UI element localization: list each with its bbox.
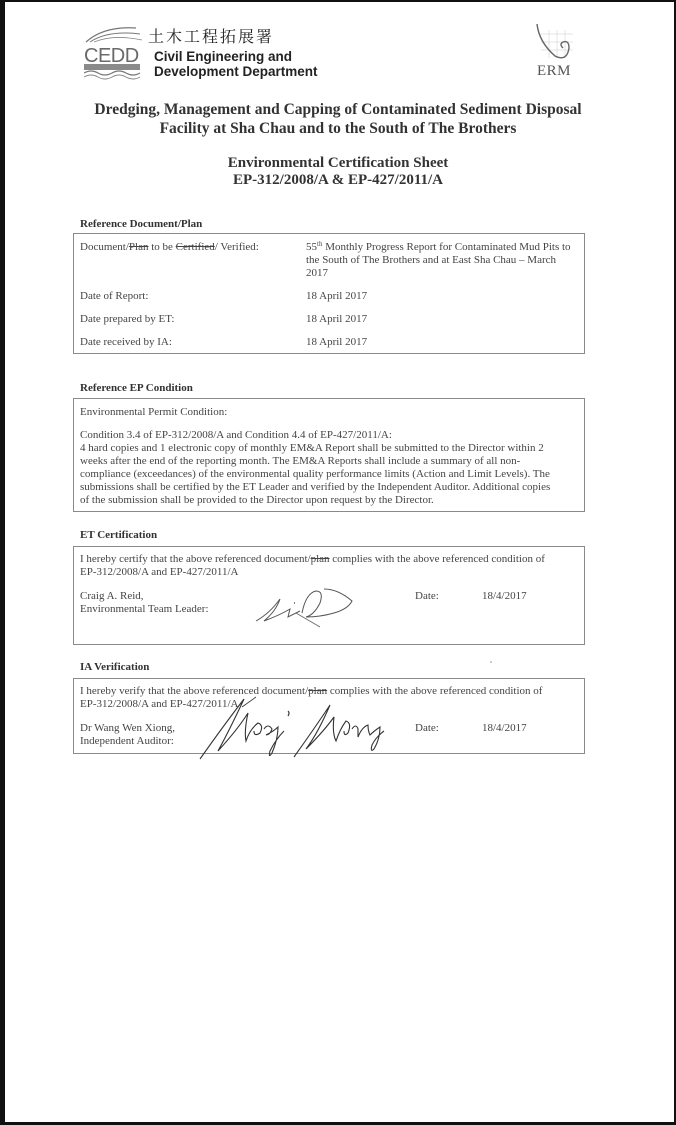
- ep-condition-line: Condition 3.4 of EP-312/2008/A and Condi…: [80, 429, 392, 442]
- ia-date-value: 18/4/2017: [482, 722, 527, 735]
- section-label-ia-verification: IA Verification: [80, 661, 149, 673]
- et-signature: [250, 583, 360, 631]
- ep-condition-heading: Environmental Permit Condition:: [80, 406, 227, 419]
- et-statement-line1: I hereby certify that the above referenc…: [80, 553, 545, 566]
- cedd-english-name-line1: Civil Engineering and: [154, 49, 292, 64]
- date-received-value: 18 April 2017: [306, 336, 367, 349]
- ia-verification-box: I hereby verify that the above reference…: [73, 678, 585, 754]
- scan-speck: [490, 661, 492, 663]
- et-certification-box: I hereby certify that the above referenc…: [73, 546, 585, 645]
- erm-spiral-mark-icon: [531, 22, 577, 62]
- document-label: Document/Plan to be Certified/ Verified:: [80, 241, 259, 254]
- cedd-english-name-line2: Development Department: [154, 64, 318, 79]
- et-leader-name: Craig A. Reid,: [80, 590, 144, 603]
- sheet-title: Environmental Certification Sheet: [0, 155, 676, 172]
- ep-condition-line: 4 hard copies and 1 electronic copy of m…: [80, 442, 544, 455]
- cedd-abbr: CEDD: [84, 45, 139, 68]
- section-label-reference-document: Reference Document/Plan: [80, 218, 202, 230]
- et-date-label: Date:: [415, 590, 439, 603]
- erm-logo-text: ERM: [527, 63, 581, 80]
- section-label-ep-condition: Reference EP Condition: [80, 382, 193, 394]
- et-leader-role: Environmental Team Leader:: [80, 603, 209, 616]
- reference-document-box: Document/Plan to be Certified/ Verified:…: [73, 233, 585, 354]
- et-statement-line2: EP-312/2008/A and EP-427/2011/A: [80, 566, 238, 579]
- section-label-et-certification: ET Certification: [80, 529, 157, 541]
- ep-condition-line: of the submission shall be provided to t…: [80, 494, 434, 507]
- ia-signature: [194, 695, 394, 763]
- date-of-report-label: Date of Report:: [80, 290, 148, 303]
- et-date-value: 18/4/2017: [482, 590, 527, 603]
- erm-logo: ERM: [527, 22, 581, 80]
- project-title-line2: Facility at Sha Chau and to the South of…: [0, 120, 676, 138]
- date-of-report-value: 18 April 2017: [306, 290, 367, 303]
- document-value: 55th Monthly Progress Report for Contami…: [306, 241, 571, 280]
- ia-date-label: Date:: [415, 722, 439, 735]
- cedd-logo: CEDD 土木工程拓展署 Civil Engineering and Devel…: [84, 22, 324, 82]
- ep-condition-line: weeks after the end of the reporting mon…: [80, 455, 520, 468]
- date-prepared-label: Date prepared by ET:: [80, 313, 174, 326]
- sheet-permit-numbers: EP-312/2008/A & EP-427/2011/A: [0, 172, 676, 189]
- project-title-line1: Dredging, Management and Capping of Cont…: [0, 101, 676, 119]
- date-prepared-value: 18 April 2017: [306, 313, 367, 326]
- ia-auditor-name: Dr Wang Wen Xiong,: [80, 722, 175, 735]
- ia-auditor-role: Independent Auditor:: [80, 735, 174, 748]
- cedd-chinese-name: 土木工程拓展署: [148, 24, 274, 47]
- ep-condition-line: compliance (exceedances) of the environm…: [80, 468, 550, 481]
- ep-condition-box: Environmental Permit Condition: Conditio…: [73, 398, 585, 512]
- date-received-label: Date received by IA:: [80, 336, 172, 349]
- ep-condition-line: submissions shall be certified by the ET…: [80, 481, 550, 494]
